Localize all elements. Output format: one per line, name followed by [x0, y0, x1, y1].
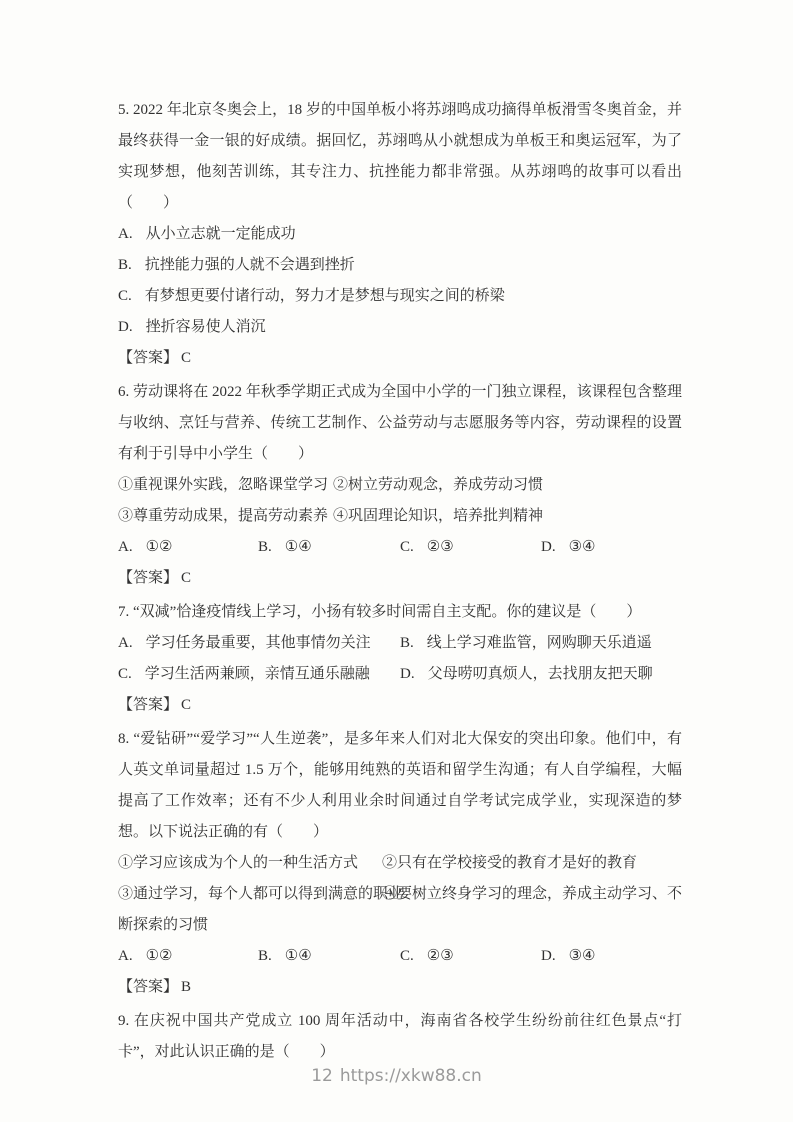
- answer-value: C: [181, 697, 191, 713]
- option-label: B.: [118, 257, 132, 273]
- option-text: ①④: [285, 948, 312, 964]
- option-label: C.: [118, 288, 132, 304]
- statement-1: ①重视课外实践，忽略课堂学习: [118, 470, 333, 501]
- option-label: D.: [400, 666, 415, 682]
- answer-label: 【答案】: [118, 697, 178, 713]
- option-label: D.: [541, 948, 556, 964]
- option-label: C.: [400, 539, 414, 555]
- option-label: A.: [118, 948, 133, 964]
- question-5-option-d: D.挫折容易使人消沉: [118, 312, 682, 343]
- option-label: B.: [400, 635, 414, 651]
- statement-1: ①学习应该成为个人的一种生活方式: [118, 848, 382, 879]
- footer-page-number: 12: [311, 1066, 333, 1086]
- question-7-stem: 7. “双减”恰逢疫情线上学习，小扬有较多时间需自主支配。你的建议是（ ）: [118, 597, 682, 628]
- answer-label: 【答案】: [118, 979, 178, 995]
- answer-label: 【答案】: [118, 570, 178, 586]
- option-text: 父母唠叨真烦人，去找朋友把天聊: [428, 666, 653, 682]
- statement-4: ④巩固理论知识，培养批判精神: [333, 501, 682, 532]
- question-9-stem: 9. 在庆祝中国共产党成立 100 周年活动中，海南省各校学生纷纷前往红色景点“…: [118, 1006, 682, 1068]
- statement-2: ②树立劳动观念，养成劳动习惯: [333, 470, 682, 501]
- question-5-option-a: A.从小立志就一定能成功: [118, 219, 682, 250]
- question-8-choices: A.①② B.①④ C.②③ D.③④: [118, 941, 682, 972]
- question-5: 5. 2022 年北京冬奥会上，18 岁的中国单板小将苏翊鸣成功摘得单板滑雪冬奥…: [118, 95, 682, 374]
- option-text: ②③: [427, 539, 454, 555]
- choice-c: C.②③: [400, 532, 541, 563]
- option-text: 从小立志就一定能成功: [146, 226, 296, 242]
- question-5-stem: 5. 2022 年北京冬奥会上，18 岁的中国单板小将苏翊鸣成功摘得单板滑雪冬奥…: [118, 95, 682, 219]
- option-text: 有梦想更要付诸行动，努力才是梦想与现实之间的桥梁: [145, 288, 505, 304]
- option-text: 抗挫能力强的人就不会遇到挫折: [145, 257, 355, 273]
- option-label: D.: [541, 539, 556, 555]
- question-5-answer: 【答案】C: [118, 343, 682, 374]
- question-7-options: A.学习任务最重要，其他事情勿关注 B.线上学习难监管，网购聊天乐逍遥 C.学习…: [118, 628, 682, 690]
- choice-b: B.①④: [258, 941, 400, 972]
- choice-d: D.③④: [541, 532, 682, 563]
- exam-page: 5. 2022 年北京冬奥会上，18 岁的中国单板小将苏翊鸣成功摘得单板滑雪冬奥…: [0, 0, 793, 1122]
- question-7-answer: 【答案】C: [118, 690, 682, 721]
- option-label: C.: [400, 948, 414, 964]
- option-label: A.: [118, 539, 133, 555]
- question-8-stem: 8. “爱钻研”“爱学习”“人生逆袭”，是多年来人们对北大保安的突出印象。他们中…: [118, 724, 682, 848]
- question-9: 9. 在庆祝中国共产党成立 100 周年活动中，海南省各校学生纷纷前往红色景点“…: [118, 1006, 682, 1068]
- option-text: ①②: [146, 948, 173, 964]
- question-6-stem: 6. 劳动课将在 2022 年秋季学期正式成为全国中小学的一门独立课程，该课程包…: [118, 377, 682, 470]
- option-text: ③④: [569, 539, 596, 555]
- question-7-option-c: C.学习生活两兼顾，亲情互通乐融融: [118, 659, 400, 690]
- statement-3: ③通过学习，每个人都可以得到满意的职业: [118, 879, 382, 910]
- question-8-answer: 【答案】B: [118, 972, 682, 1003]
- question-7-option-d: D.父母唠叨真烦人，去找朋友把天聊: [400, 659, 682, 690]
- option-text: ①④: [285, 539, 312, 555]
- statement-2: ②只有在学校接受的教育才是好的教育: [382, 848, 682, 879]
- statement-4: ④要树立终身学习的理念，养成主动学习、不: [382, 879, 682, 910]
- option-text: 学习任务最重要，其他事情勿关注: [146, 635, 371, 651]
- footer-url: https://xkw88.cn: [340, 1066, 482, 1086]
- question-6-statements: ①重视课外实践，忽略课堂学习 ②树立劳动观念，养成劳动习惯 ③尊重劳动成果，提高…: [118, 470, 682, 532]
- exam-content: 5. 2022 年北京冬奥会上，18 岁的中国单板小将苏翊鸣成功摘得单板滑雪冬奥…: [118, 95, 682, 1068]
- option-text: 线上学习难监管，网购聊天乐逍遥: [427, 635, 652, 651]
- question-8-statement-continuation: 断探索的习惯: [118, 910, 682, 941]
- question-5-option-b: B.抗挫能力强的人就不会遇到挫折: [118, 250, 682, 281]
- question-5-option-c: C.有梦想更要付诸行动，努力才是梦想与现实之间的桥梁: [118, 281, 682, 312]
- question-8-statements: ①学习应该成为个人的一种生活方式 ②只有在学校接受的教育才是好的教育 ③通过学习…: [118, 848, 682, 910]
- option-label: A.: [118, 635, 133, 651]
- option-label: A.: [118, 226, 133, 242]
- option-label: B.: [258, 948, 272, 964]
- option-text: ②③: [427, 948, 454, 964]
- choice-a: A.①②: [118, 532, 258, 563]
- question-6-answer: 【答案】C: [118, 563, 682, 594]
- option-label: D.: [118, 319, 133, 335]
- statement-3: ③尊重劳动成果，提高劳动素养: [118, 501, 333, 532]
- question-8: 8. “爱钻研”“爱学习”“人生逆袭”，是多年来人们对北大保安的突出印象。他们中…: [118, 724, 682, 1003]
- option-label: C.: [118, 666, 132, 682]
- option-text: ③④: [569, 948, 596, 964]
- answer-value: B: [181, 979, 191, 995]
- answer-label: 【答案】: [118, 350, 178, 366]
- question-6-choices: A.①② B.①④ C.②③ D.③④: [118, 532, 682, 563]
- option-text: ①②: [146, 539, 173, 555]
- question-7-option-a: A.学习任务最重要，其他事情勿关注: [118, 628, 400, 659]
- choice-c: C.②③: [400, 941, 541, 972]
- question-7-option-b: B.线上学习难监管，网购聊天乐逍遥: [400, 628, 682, 659]
- option-label: B.: [258, 539, 272, 555]
- answer-value: C: [181, 350, 191, 366]
- answer-value: C: [181, 570, 191, 586]
- page-footer: 12https://xkw88.cn: [0, 1066, 793, 1086]
- choice-b: B.①④: [258, 532, 400, 563]
- choice-d: D.③④: [541, 941, 682, 972]
- choice-a: A.①②: [118, 941, 258, 972]
- question-7: 7. “双减”恰逢疫情线上学习，小扬有较多时间需自主支配。你的建议是（ ） A.…: [118, 597, 682, 721]
- option-text: 学习生活两兼顾，亲情互通乐融融: [145, 666, 370, 682]
- option-text: 挫折容易使人消沉: [146, 319, 266, 335]
- question-6: 6. 劳动课将在 2022 年秋季学期正式成为全国中小学的一门独立课程，该课程包…: [118, 377, 682, 594]
